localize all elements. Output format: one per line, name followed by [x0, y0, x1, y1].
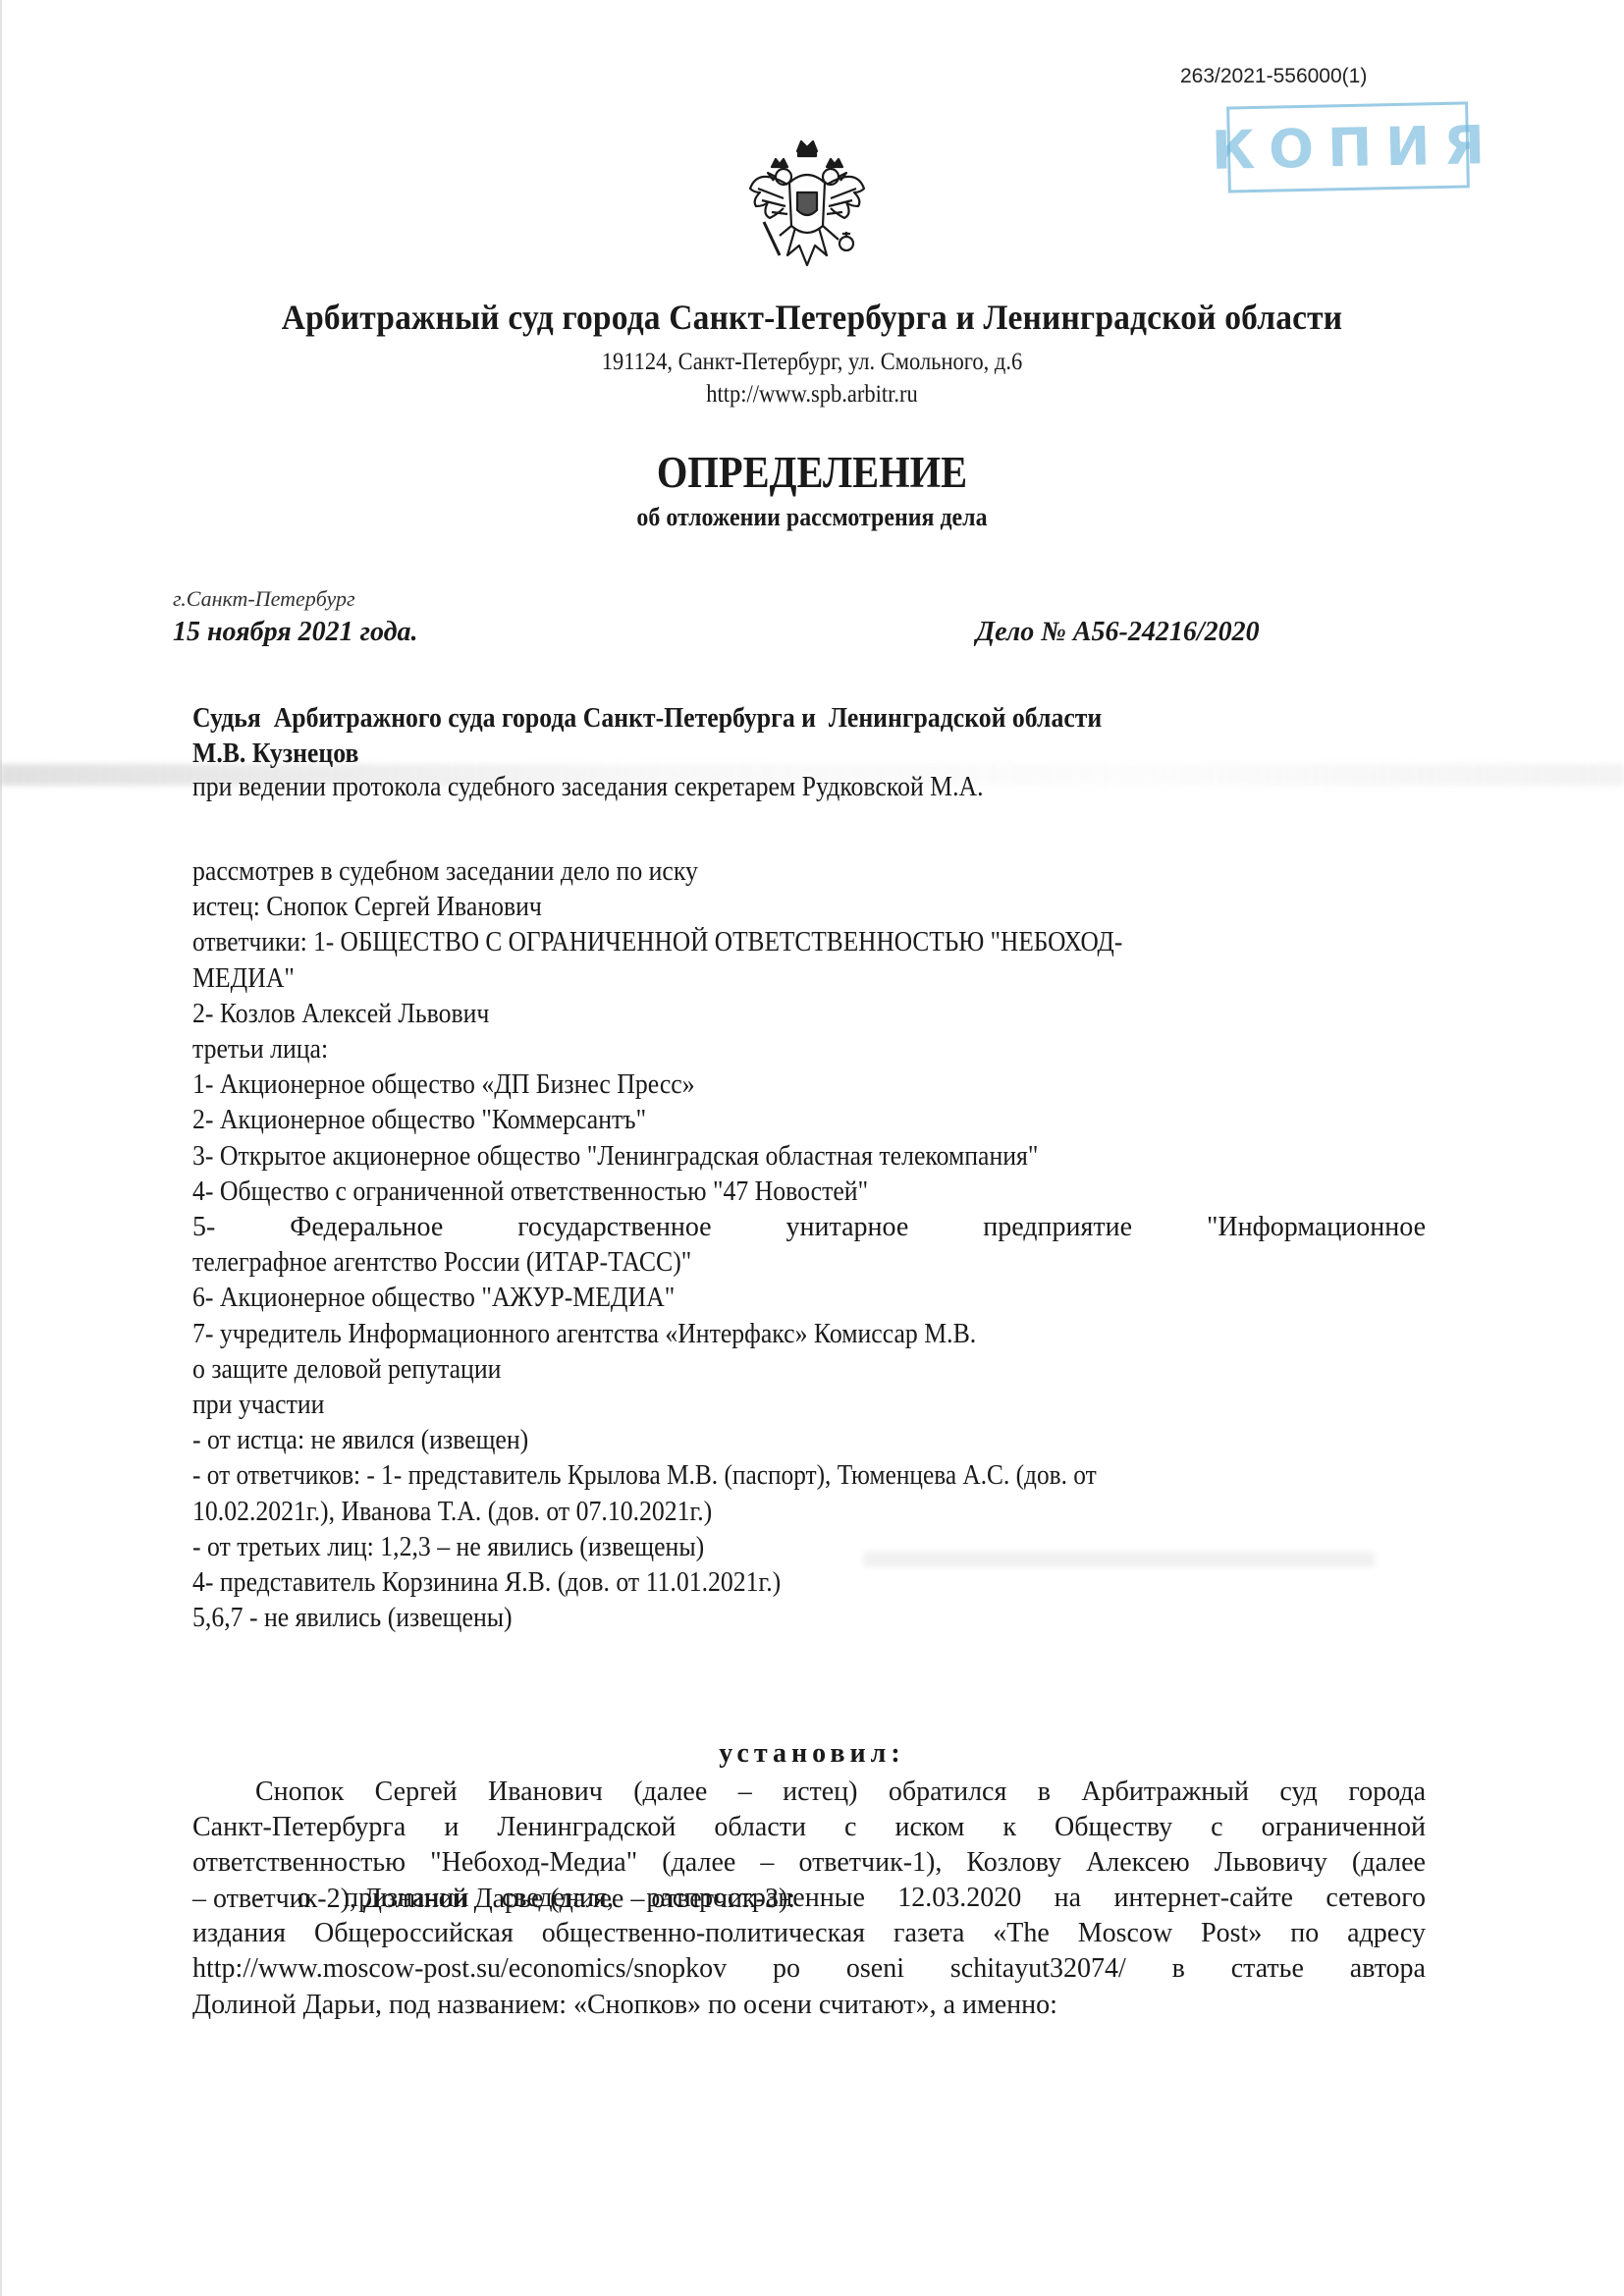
- attendance-line: - от истца: не явился (извещен): [192, 1423, 1330, 1458]
- secretary-line: при ведении протокола судебного заседани…: [192, 772, 984, 803]
- attendance-line: 5,6,7 - не явились (извещены): [192, 1601, 1330, 1636]
- paragraph-line: Санкт-Петербурга и Ленинградской области…: [192, 1810, 1426, 1845]
- third-party-item: 6- Акционерное общество "АЖУР-МЕДИА": [192, 1281, 1330, 1316]
- third-party-item: 2- Акционерное общество "Коммерсантъ": [192, 1103, 1330, 1138]
- paragraph-claim-item: - о признании сведения, распространенные…: [192, 1881, 1426, 2023]
- plaintiff-line: истец: Снопок Сергей Иванович: [192, 890, 1330, 925]
- established-heading: установил:: [0, 1738, 1624, 1770]
- judge-name: М.В. Кузнецов: [192, 737, 1102, 772]
- attendance-line: 4- представитель Корзинина Я.В. (дов. от…: [192, 1565, 1330, 1601]
- case-subject: о защите деловой репутации: [192, 1352, 1330, 1388]
- third-party-item: 1- Акционерное общество «ДП Бизнес Пресс…: [192, 1067, 1330, 1103]
- copy-stamp: КОПИЯ: [1226, 101, 1470, 192]
- defendants-line: ответчики: 1- ОБЩЕСТВО С ОГРАНИЧЕННОЙ ОТ…: [192, 925, 1312, 960]
- defendants-line: МЕДИА": [192, 961, 1330, 997]
- case-number: Дело № А56-24216/2020: [976, 617, 1260, 648]
- document-page: 263/2021-556000(1) КОПИЯ: [0, 0, 1624, 2296]
- paragraph-line: Долиной Дарьи, под названием: «Снопков» …: [192, 1988, 1426, 2023]
- document-subtitle: об отложении рассмотрения дела: [65, 503, 1559, 532]
- registration-number: 263/2021-556000(1): [1180, 65, 1367, 88]
- scan-edge: [0, 0, 2, 2296]
- attendance-line: 10.02.2021г.), Иванова Т.А. (дов. от 07.…: [192, 1495, 1330, 1530]
- third-party-item: 3- Открытое акционерное общество "Ленинг…: [192, 1139, 1330, 1175]
- paragraph-line: Снопок Сергей Иванович (далее – истец) о…: [192, 1775, 1426, 1810]
- document-date: 15 ноября 2021 года.: [173, 617, 417, 648]
- paragraph-line: - о признании сведения, распространенные…: [192, 1881, 1426, 1916]
- third-party-item: 5- Федеральное государственное унитарное…: [192, 1210, 1426, 1245]
- paragraph-line: ответственностью "Небоход-Медиа" (далее …: [192, 1845, 1426, 1881]
- case-details: рассмотрев в судебном заседании дело по …: [192, 854, 1430, 1636]
- russian-coat-of-arms-icon: [744, 137, 870, 275]
- third-party-item: телеграфное агентство России (ИТАР-ТАСС)…: [192, 1245, 1330, 1281]
- paragraph-line: http://www.moscow-post.su/economics/snop…: [192, 1951, 1426, 1987]
- court-name: Арбитражный суд города Санкт-Петербурга …: [57, 297, 1567, 338]
- document-city: г.Санкт-Петербург: [173, 586, 355, 612]
- judge-title: Судья Арбитражного суда города Санкт-Пет…: [192, 701, 1102, 737]
- third-party-item: 4- Общество с ограниченной ответственнос…: [192, 1175, 1330, 1210]
- paragraph-line: издания Общероссийская общественно-полит…: [192, 1916, 1426, 1951]
- judge-block: Судья Арбитражного суда города Санкт-Пет…: [192, 701, 1102, 772]
- third-party-item: 7- учредитель Информационного агентства …: [192, 1317, 1330, 1352]
- copy-stamp-text: КОПИЯ: [1197, 113, 1498, 181]
- attendance-line: - от третьих лиц: 1,2,3 – не явились (из…: [192, 1530, 1330, 1565]
- attendance-heading: при участии: [192, 1388, 1330, 1423]
- attendance-line: - от ответчиков: - 1- представитель Крыл…: [192, 1458, 1312, 1494]
- court-website: http://www.spb.arbitr.ru: [81, 381, 1543, 409]
- defendant-2-line: 2- Козлов Алексей Львович: [192, 997, 1330, 1032]
- case-line: рассмотрев в судебном заседании дело по …: [192, 854, 1330, 890]
- third-parties-heading: третьи лица:: [192, 1032, 1330, 1067]
- court-address: 191124, Санкт-Петербург, ул. Смольного, …: [81, 349, 1543, 376]
- document-title: ОПРЕДЕЛЕНИЕ: [81, 447, 1543, 498]
